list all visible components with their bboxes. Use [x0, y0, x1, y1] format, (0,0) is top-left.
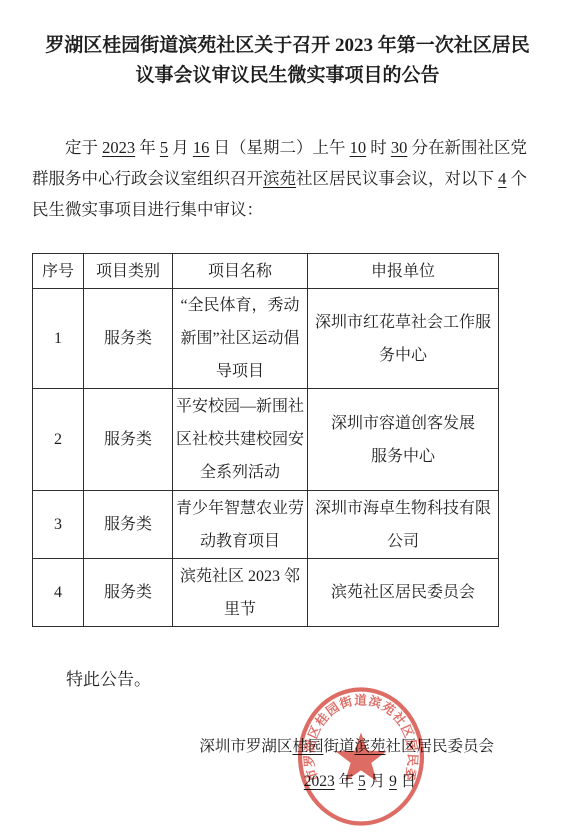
cell-no: 2 — [33, 389, 84, 491]
underlined-text: 2023 — [102, 138, 135, 157]
plain-text: 时 — [366, 138, 391, 157]
cell-applicant: 深圳市红花草社会工作服 务中心 — [308, 289, 499, 389]
table-row: 3服务类青少年智慧农业劳 动教育项目深圳市海卓生物科技有限 公司 — [33, 491, 499, 559]
plain-text: 个 — [506, 169, 527, 188]
seal-arc-text: 深圳市罗湖区桂园街道滨苑社区居民委员会 — [294, 685, 420, 783]
underlined-text: 桂园 — [292, 738, 323, 755]
plain-text: 月 — [168, 138, 193, 157]
underlined-text: 滨苑 — [354, 738, 385, 755]
table-row: 2服务类平安校园—新围社 区社校共建校园安 全系列活动深圳市容道创客发展 服务中… — [33, 389, 499, 491]
underlined-text: 5 — [358, 773, 366, 790]
cell-project-name: 滨苑社区 2023 邻 里节 — [173, 559, 308, 627]
issuer-signature: 深圳市罗湖区桂园街道滨苑社区居民委员会 — [0, 736, 494, 758]
cell-category: 服务类 — [84, 491, 173, 559]
underlined-text: 9 — [389, 773, 397, 790]
announcement-document: 罗湖区桂园街道滨苑社区关于召开 2023 年第一次社区居民 议事会议审议民生微实… — [0, 0, 575, 835]
table-row: 4服务类滨苑社区 2023 邻 里节滨苑社区居民委员会 — [33, 559, 499, 627]
cell-project-name: 平安校园—新围社 区社校共建校园安 全系列活动 — [173, 389, 308, 491]
plain-text: 日（星期二）上午 — [209, 138, 349, 157]
plain-text: 街道 — [323, 738, 354, 755]
intro-paragraph: 定于 2023 年 5 月 16 日（星期二）上午 10 时 30 分在新围社区… — [32, 132, 520, 225]
column-header-no: 序号 — [33, 254, 84, 289]
plain-text: 分在新围社区党 — [407, 138, 527, 157]
cell-category: 服务类 — [84, 289, 173, 389]
cell-project-name: 青少年智慧农业劳 动教育项目 — [173, 491, 308, 559]
paragraph-line: 定于 2023 年 5 月 16 日（星期二）上午 10 时 30 分在新围社区… — [32, 132, 520, 163]
plain-text: 日 — [397, 773, 416, 790]
column-header-project-name: 项目名称 — [173, 254, 308, 289]
cell-no: 4 — [33, 559, 84, 627]
underlined-text: 16 — [193, 138, 210, 157]
column-header-applicant: 申报单位 — [308, 254, 499, 289]
plain-text: 月 — [366, 773, 389, 790]
cell-no: 1 — [33, 289, 84, 389]
document-title-line2: 议事会议审议民生微实事项目的公告 — [0, 61, 575, 91]
underlined-text: 2023 — [304, 773, 335, 790]
paragraph-line: 群服务中心行政会议室组织召开滨苑社区居民议事会议，对以下 4 个 — [32, 163, 520, 194]
underlined-text: 10 — [350, 138, 367, 157]
cell-no: 3 — [33, 491, 84, 559]
plain-text: 年 — [135, 138, 160, 157]
issue-date: 2023 年 5 月 9 日 — [288, 771, 432, 793]
cell-applicant: 深圳市海卓生物科技有限 公司 — [308, 491, 499, 559]
cell-category: 服务类 — [84, 389, 173, 491]
cell-applicant: 滨苑社区居民委员会 — [308, 559, 499, 627]
document-title: 罗湖区桂园街道滨苑社区关于召开 2023 年第一次社区居民 议事会议审议民生微实… — [0, 31, 575, 91]
plain-text: 年 — [335, 773, 358, 790]
projects-table: 序号 项目类别 项目名称 申报单位 1服务类“全民体育，秀动 新围”社区运动倡 … — [32, 253, 499, 627]
cell-applicant: 深圳市容道创客发展 服务中心 — [308, 389, 499, 491]
cell-category: 服务类 — [84, 559, 173, 627]
paragraph-line: 民生微实事项目进行集中审议： — [32, 194, 520, 225]
table-row: 1服务类“全民体育，秀动 新围”社区运动倡 导项目深圳市红花草社会工作服 务中心 — [33, 289, 499, 389]
closing-statement: 特此公告。 — [32, 668, 151, 692]
plain-text: 群服务中心行政会议室组织召开 — [32, 169, 263, 188]
plain-text: 深圳市罗湖区 — [199, 738, 292, 755]
document-title-line1: 罗湖区桂园街道滨苑社区关于召开 2023 年第一次社区居民 — [0, 31, 575, 61]
underlined-text: 滨苑 — [263, 169, 296, 188]
table-header-row: 序号 项目类别 项目名称 申报单位 — [33, 254, 499, 289]
column-header-category: 项目类别 — [84, 254, 173, 289]
cell-project-name: “全民体育，秀动 新围”社区运动倡 导项目 — [173, 289, 308, 389]
plain-text: 民生微实事项目进行集中审议： — [32, 200, 263, 219]
underlined-text: 5 — [160, 138, 168, 157]
plain-text: 社区居民议事会议，对以下 — [296, 169, 498, 188]
plain-text: 定于 — [65, 138, 102, 157]
plain-text: 社区居民委员会 — [385, 738, 494, 755]
underlined-text: 30 — [391, 138, 408, 157]
